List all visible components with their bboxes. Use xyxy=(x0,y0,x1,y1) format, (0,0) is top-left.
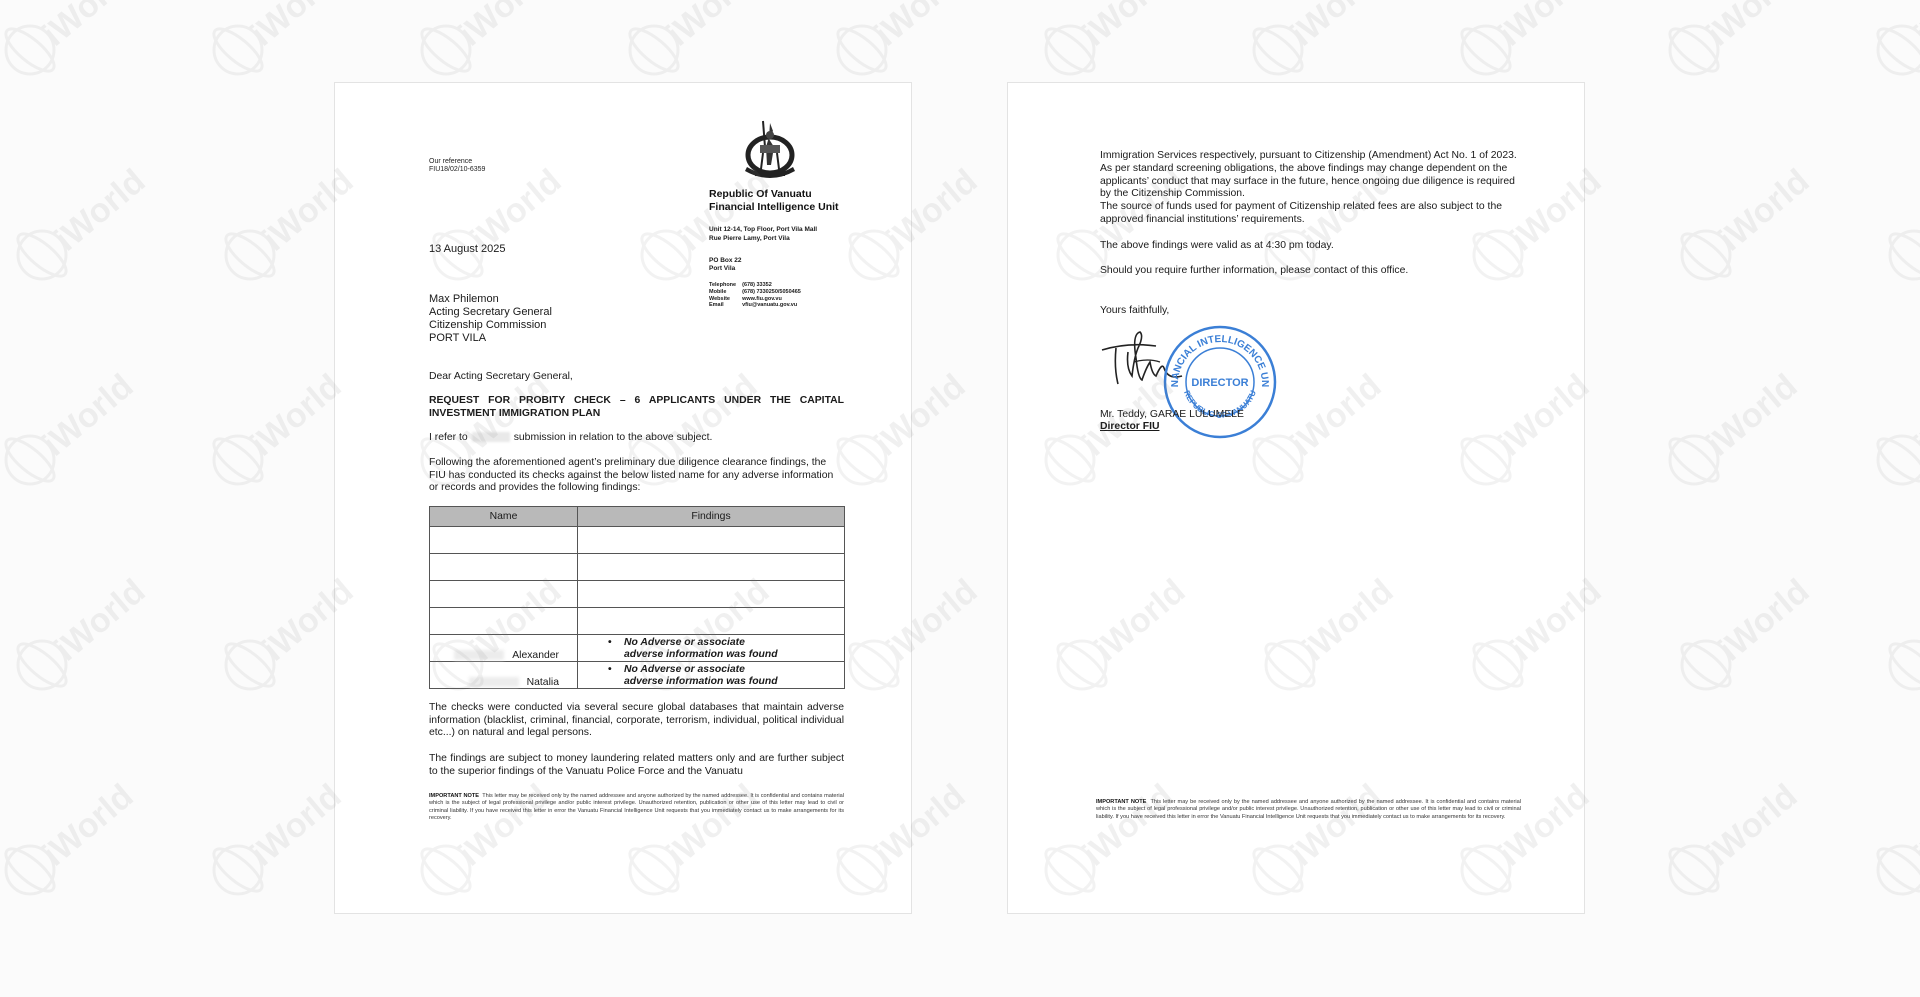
finding-text: No Adverse or associate adverse informat… xyxy=(624,664,778,687)
important-note: IMPORTANT NOTE This letter may be receiv… xyxy=(429,793,844,823)
bullet-icon: • xyxy=(608,637,612,649)
recipient-org: Citizenship Commission xyxy=(429,319,552,332)
watermark-icon: iWorld xyxy=(1040,10,1150,90)
watermark-icon: iWorld xyxy=(0,420,110,500)
watermark-icon: iWorld xyxy=(1872,420,1920,500)
watermark-icon: iWorld xyxy=(1884,215,1920,295)
important-note-text: This letter may be received only by the … xyxy=(429,793,844,821)
watermark-icon: iWorld xyxy=(1664,420,1774,500)
contact-label: Telephone xyxy=(709,282,742,289)
contact-details: Telephone(678) 33352 Mobile(678) 7330250… xyxy=(709,282,807,309)
finding-cell xyxy=(578,581,845,608)
source-of-funds-text: The source of funds used for payment of … xyxy=(1100,201,1525,227)
finding-cell xyxy=(578,608,845,635)
applicant-name xyxy=(430,608,578,635)
table-row xyxy=(430,608,845,635)
watermark-icon: iWorld xyxy=(832,10,942,90)
po-box-line-2: Port Vila xyxy=(709,265,742,273)
email-link[interactable]: vfiu@vanuatu.gov.vu xyxy=(742,302,807,309)
refer-prefix: I refer to xyxy=(429,432,468,443)
watermark-icon: iWorld xyxy=(0,830,110,910)
recipient-city: PORT VILA xyxy=(429,332,552,345)
applicant-first-name: Natalia xyxy=(527,677,559,688)
findings-table: Name Findings Alexander•No Adverse or as… xyxy=(429,506,845,689)
reference-value: FIU18/02/10-6359 xyxy=(429,166,485,174)
applicant-name: Alexander xyxy=(430,635,578,662)
finding-cell: •No Adverse or associate adverse informa… xyxy=(578,635,845,662)
important-note-label: IMPORTANT NOTE xyxy=(429,793,479,799)
table-row xyxy=(430,581,845,608)
applicant-name xyxy=(430,554,578,581)
watermark-icon: iWorld xyxy=(12,215,122,295)
bullet-icon: • xyxy=(608,664,612,676)
refer-paragraph: I refer tosubmission in relation to the … xyxy=(429,432,844,445)
column-header-findings: Findings xyxy=(578,507,845,527)
address-line-1: Unit 12-14, Top Floor, Port Vila Mall xyxy=(709,225,817,234)
redacted-surname xyxy=(454,650,504,660)
contact-label: Email xyxy=(709,302,742,309)
table-row xyxy=(430,527,845,554)
watermark-icon: iWorld xyxy=(1456,10,1566,90)
watermark-icon: iWorld xyxy=(1676,215,1786,295)
watermark-icon: iWorld xyxy=(416,10,526,90)
finding-cell xyxy=(578,554,845,581)
watermark-icon: iWorld xyxy=(220,625,330,705)
watermark-icon: iWorld xyxy=(1884,625,1920,705)
vanuatu-coat-of-arms-icon xyxy=(733,117,807,181)
watermark-icon: iWorld xyxy=(624,10,734,90)
table-row: Alexander•No Adverse or associate advers… xyxy=(430,635,845,662)
watermark-icon: iWorld xyxy=(12,625,122,705)
org-name: Republic Of Vanuatu Financial Intelligen… xyxy=(709,188,839,214)
letter-page-1: Our reference FIU18/02/10-6359 Republic … xyxy=(334,82,912,914)
applicant-first-name: Alexander xyxy=(512,650,559,661)
citizenship-act-text: Immigration Services respectively, pursu… xyxy=(1100,150,1525,201)
watermark-layer: iWorldiWorldiWorldiWorldiWorldiWorldiWor… xyxy=(0,0,1920,997)
watermark-icon: iWorld xyxy=(0,10,110,90)
contact-label: Website xyxy=(709,296,742,303)
validity-statement: The above findings were valid as at 4:30… xyxy=(1100,240,1525,253)
table-row: Natalia•No Adverse or associate adverse … xyxy=(430,662,845,689)
letter-date: 13 August 2025 xyxy=(429,243,505,255)
telephone-value: (678) 33352 xyxy=(742,282,807,289)
watermark-icon: iWorld xyxy=(1664,10,1774,90)
watermark-icon: iWorld xyxy=(1872,10,1920,90)
signer-title: Director FIU xyxy=(1100,421,1525,434)
watermark-icon: iWorld xyxy=(1248,10,1358,90)
closing: Yours faithfully, xyxy=(1100,305,1525,318)
org-line-2: Financial Intelligence Unit xyxy=(709,201,839,214)
finding-cell xyxy=(578,527,845,554)
finding-cell: •No Adverse or associate adverse informa… xyxy=(578,662,845,689)
watermark-icon: iWorld xyxy=(1676,625,1786,705)
important-note-text: This letter may be received only by the … xyxy=(1096,799,1521,820)
recipient-block: Max Philemon Acting Secretary General Ci… xyxy=(429,293,552,345)
finding-text: No Adverse or associate adverse informat… xyxy=(624,637,778,660)
redacted-agent xyxy=(472,432,510,442)
address-line-2: Rue Pierre Lamy, Port Vila xyxy=(709,234,817,243)
important-note-label: IMPORTANT NOTE xyxy=(1096,799,1146,805)
applicant-name xyxy=(430,527,578,554)
salutation: Dear Acting Secretary General, xyxy=(429,371,844,384)
org-address: Unit 12-14, Top Floor, Port Vila Mall Ru… xyxy=(709,225,817,243)
watermark-icon: iWorld xyxy=(208,420,318,500)
watermark-icon: iWorld xyxy=(1664,830,1774,910)
website-link[interactable]: www.fiu.gov.vu xyxy=(742,296,807,303)
letter-subject: REQUEST FOR PROBITY CHECK – 6 APPLICANTS… xyxy=(429,395,844,420)
signer-name: Mr. Teddy, GARAE LULUMELE xyxy=(1100,409,1525,422)
mobile-value: (678) 7330250/5050465 xyxy=(742,289,807,296)
column-header-name: Name xyxy=(430,507,578,527)
org-line-1: Republic Of Vanuatu xyxy=(709,188,839,201)
watermark-icon: iWorld xyxy=(208,830,318,910)
applicant-name xyxy=(430,581,578,608)
subject-to-paragraph: The findings are subject to money launde… xyxy=(429,753,844,778)
watermark-icon: iWorld xyxy=(1872,830,1920,910)
watermark-icon: iWorld xyxy=(220,215,330,295)
watermark-icon: iWorld xyxy=(208,10,318,90)
stamp-center-text: DIRECTOR xyxy=(1191,377,1248,389)
letter-page-2: Immigration Services respectively, pursu… xyxy=(1007,82,1585,914)
table-row xyxy=(430,554,845,581)
contact-label: Mobile xyxy=(709,289,742,296)
applicant-name: Natalia xyxy=(430,662,578,689)
important-note: IMPORTANT NOTE This letter may be receiv… xyxy=(1096,799,1521,821)
our-reference: Our reference FIU18/02/10-6359 xyxy=(429,158,485,174)
continuation-paragraph: Immigration Services respectively, pursu… xyxy=(1100,150,1525,227)
contact-statement: Should you require further information, … xyxy=(1100,265,1525,278)
po-box-line-1: PO Box 22 xyxy=(709,257,742,265)
po-box: PO Box 22 Port Vila xyxy=(709,257,742,273)
refer-suffix: submission in relation to the above subj… xyxy=(514,432,713,443)
reference-label: Our reference xyxy=(429,158,485,166)
following-paragraph: Following the aforementioned agent’s pre… xyxy=(429,457,844,495)
recipient-title: Acting Secretary General xyxy=(429,306,552,319)
recipient-name: Max Philemon xyxy=(429,293,552,306)
redacted-surname xyxy=(469,677,519,687)
checks-paragraph: The checks were conducted via several se… xyxy=(429,702,844,740)
